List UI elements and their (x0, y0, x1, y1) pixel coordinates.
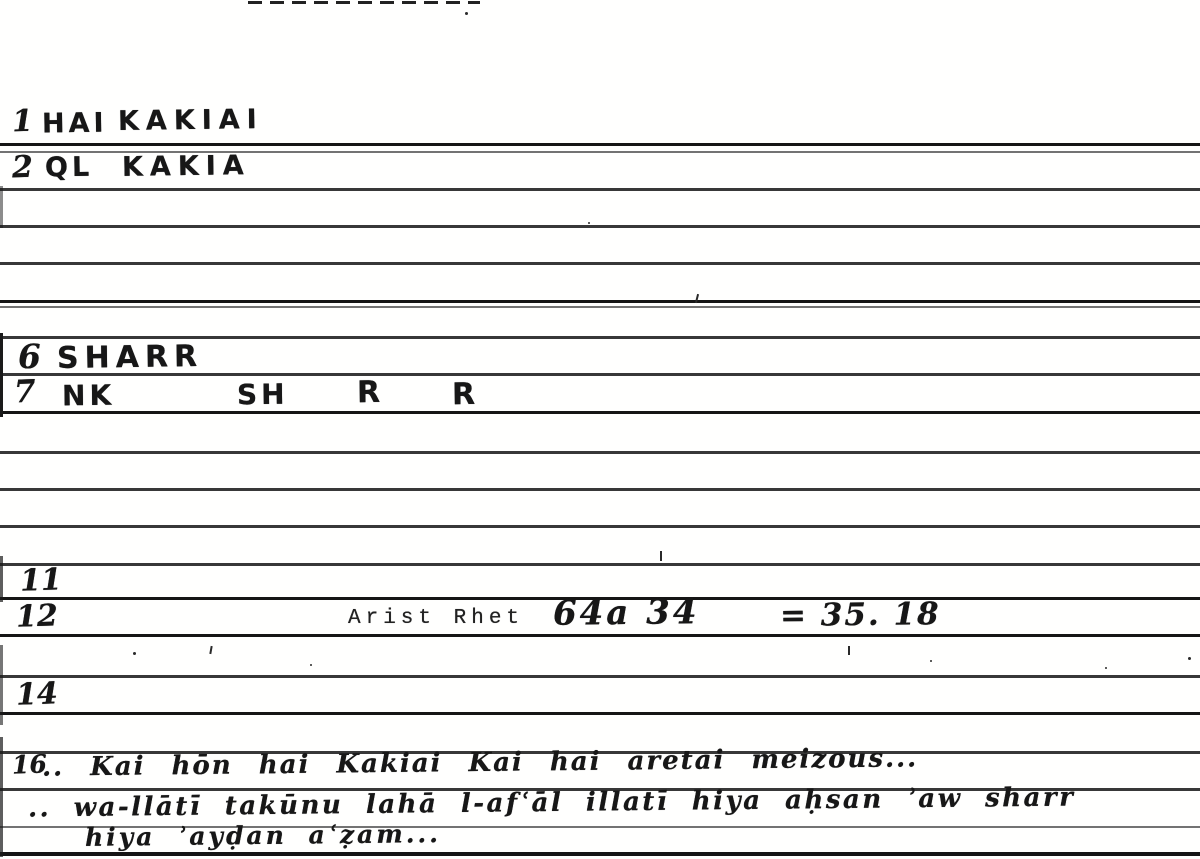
scan-speck (209, 646, 212, 654)
scan-speck (1105, 667, 1107, 669)
ruled-line (0, 300, 1200, 303)
row7-consonant-group: R (452, 377, 480, 412)
row18-gloss-arabic-cont: hiya ʾayḍan aʿẓam... (85, 819, 441, 852)
scan-speck (133, 652, 136, 655)
ruled-line (0, 262, 1200, 265)
ruled-line (0, 188, 1200, 191)
top-edge-artifact (248, 1, 480, 4)
index-card: 1 HAI KAKIAI 2 QL KAKIA 6 SHARR 7 NK SH … (0, 0, 1200, 859)
row14-number: 14 (15, 676, 58, 712)
row7-number: 7 (13, 374, 36, 411)
ruled-line (0, 563, 1200, 566)
left-edge-mark (0, 737, 3, 857)
scan-speck (310, 664, 312, 666)
scan-speck (465, 12, 468, 15)
scan-speck (848, 646, 850, 655)
row6-number: 6 (17, 337, 41, 377)
ruled-line (0, 712, 1200, 715)
row16-gloss-greek: .. Kai hōn hai Kakiai Kai hai aretai mei… (42, 743, 918, 782)
ruled-line (0, 411, 1200, 414)
row12-citation-ref: = 35. 18 (780, 596, 941, 634)
row2-term-greek: KAKIA (122, 150, 251, 183)
row2-number: 2 (11, 150, 33, 186)
ruled-line (0, 488, 1200, 491)
row6-term-arabic: SHARR (57, 339, 204, 376)
scan-speck (660, 551, 662, 561)
row2-term-abbrev: QL (45, 152, 94, 184)
ruled-line (0, 852, 1200, 856)
left-edge-mark (0, 556, 3, 602)
row12-citation-locus: 64a 34 (553, 592, 700, 634)
ruled-line (0, 675, 1200, 678)
ruled-line (0, 143, 1200, 146)
row7-consonant-group: R (357, 375, 385, 410)
row1-number: 1 (11, 104, 33, 140)
scan-speck (930, 660, 932, 662)
row7-consonant-group: NK (62, 379, 116, 413)
ruled-line (0, 306, 1200, 308)
scan-speck (1188, 657, 1191, 660)
ruled-line (0, 634, 1200, 637)
row11-number: 11 (19, 562, 62, 598)
row1-term-greek: HAI (42, 108, 108, 140)
row7-consonant-group: SH (237, 378, 289, 412)
row1-term-greek-2: KAKIAI (118, 104, 264, 137)
row12-number: 12 (15, 598, 58, 634)
left-edge-mark (0, 186, 3, 228)
ruled-line (0, 451, 1200, 454)
row12-citation-typed: Arist Rhet (348, 607, 524, 630)
scan-speck (588, 222, 590, 224)
left-edge-mark (0, 645, 3, 725)
ruled-line (0, 336, 1200, 339)
ruled-line (0, 525, 1200, 528)
left-edge-mark (0, 333, 3, 417)
ruled-line (0, 225, 1200, 228)
